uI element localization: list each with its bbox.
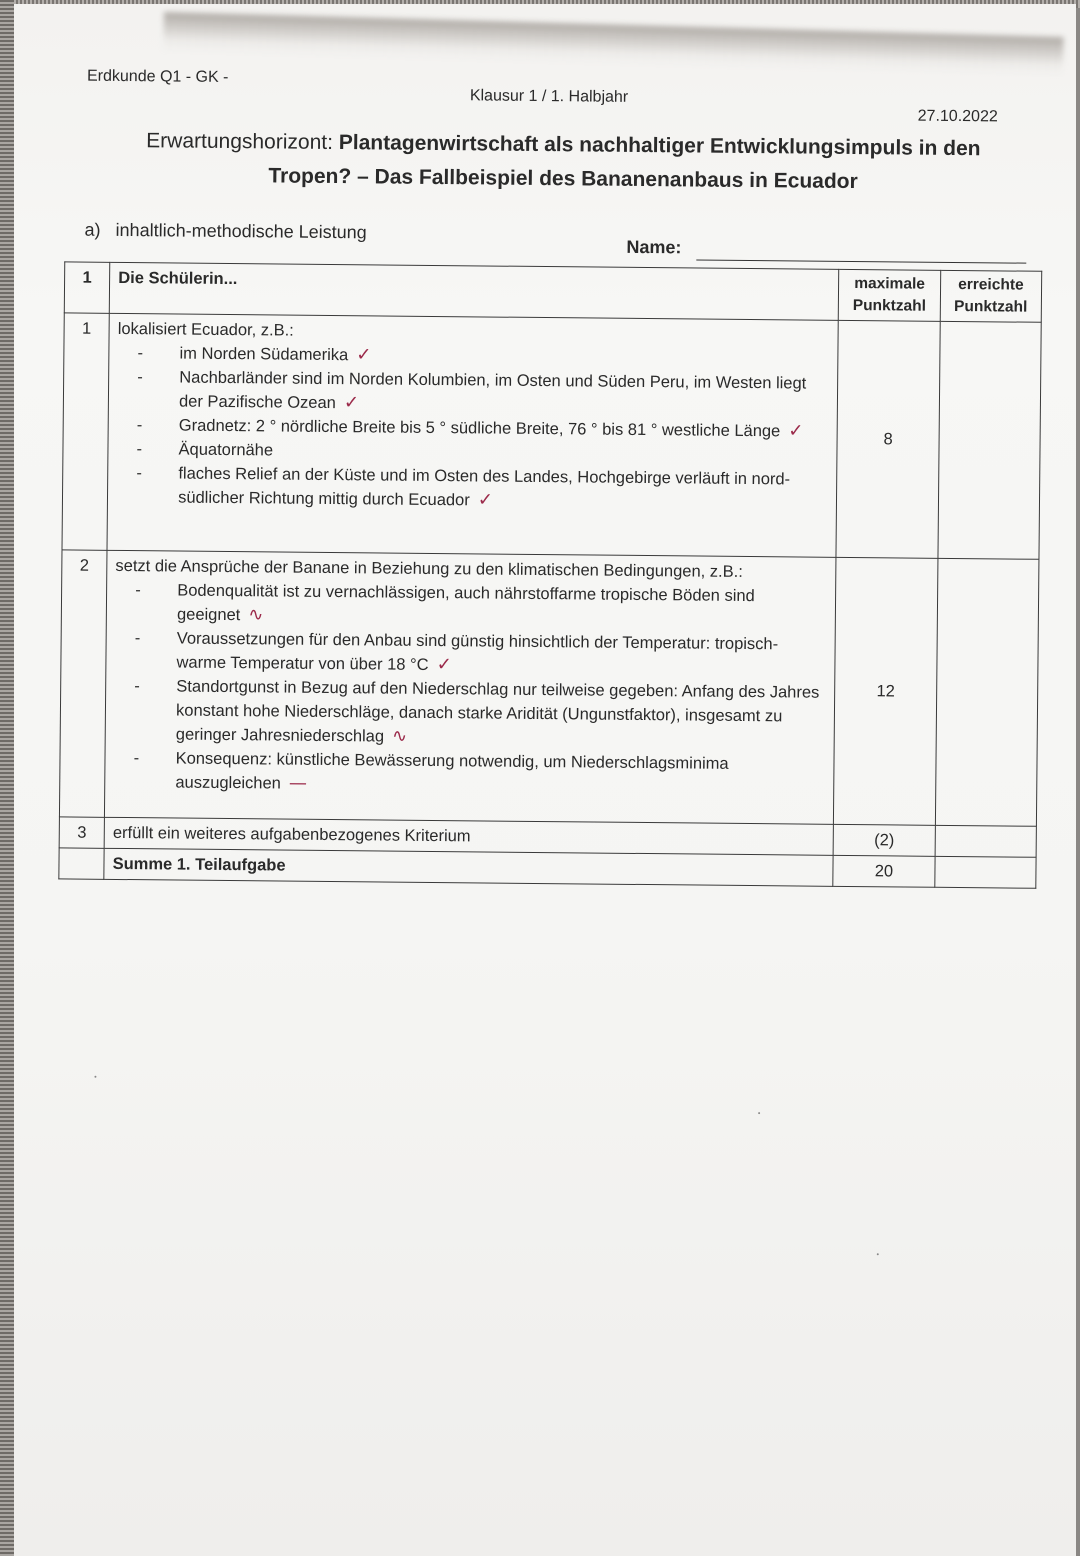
missing-mark-icon: — bbox=[289, 773, 307, 794]
item-text: Nachbarländer sind im Norden Kolumbien, … bbox=[179, 369, 806, 413]
column-achieved-line1: erreichte bbox=[958, 276, 1024, 294]
document-content: Erdkunde Q1 - GK - Klausur 1 / 1. Halbja… bbox=[0, 0, 1080, 1556]
item-text: Gradnetz: 2 ° nördliche Breite bis 5 ° s… bbox=[179, 417, 781, 441]
title-prefix: Erwartungshorizont: bbox=[146, 129, 339, 154]
list-item: Voraussetzungen für den Anbau sind günst… bbox=[156, 626, 827, 680]
list-item: Standortgunst in Bezug auf den Niedersch… bbox=[156, 674, 827, 752]
item-text: im Norden Südamerika bbox=[179, 345, 348, 365]
checkmark-icon: ✓ bbox=[478, 489, 493, 510]
partial-mark-icon: ∿ bbox=[248, 604, 263, 625]
list-item: flaches Relief an der Küste und im Osten… bbox=[158, 461, 829, 515]
column-achieved-line2: Punktzahl bbox=[954, 298, 1027, 316]
column-max-line2: Punktzahl bbox=[853, 297, 926, 315]
checkmark-icon: ✓ bbox=[356, 344, 371, 365]
max-points: 12 bbox=[834, 557, 938, 825]
row-criterion: setzt die Ansprüche der Banane in Bezieh… bbox=[105, 550, 837, 824]
row-number: 2 bbox=[59, 550, 107, 817]
list-item: Nachbarländer sind im Norden Kolumbien, … bbox=[159, 365, 830, 419]
checkmark-icon: ✓ bbox=[344, 392, 359, 413]
row-number: 1 bbox=[62, 313, 109, 550]
criterion-items: Bodenqualität ist zu vernachlässigen, au… bbox=[113, 578, 827, 801]
paper-speck bbox=[94, 1076, 96, 1078]
document-title: Erwartungshorizont: Plantagenwirtschaft … bbox=[113, 124, 1014, 201]
row-number: 3 bbox=[59, 817, 104, 848]
head-text: Die Schülerin... bbox=[109, 262, 839, 320]
column-achieved-points: erreichte Punktzahl bbox=[940, 270, 1042, 322]
criterion-items: im Norden Südamerika✓ Nachbarländer sind… bbox=[116, 341, 830, 516]
partial-mark-icon: ∿ bbox=[392, 726, 407, 747]
item-text: Äquatornähe bbox=[179, 441, 274, 460]
checkmark-icon: ✓ bbox=[788, 420, 803, 441]
column-max-points: maximale Punktzahl bbox=[839, 269, 941, 321]
sum-achieved-points[interactable] bbox=[934, 856, 1036, 888]
name-label: Name: bbox=[626, 237, 681, 259]
course-label: Erdkunde Q1 - GK - bbox=[87, 68, 229, 87]
exam-date: 27.10.2022 bbox=[918, 108, 998, 127]
name-field[interactable] bbox=[696, 259, 1026, 263]
row-criterion: lokalisiert Ecuador, z.B.: im Norden Süd… bbox=[107, 313, 838, 557]
list-item: Bodenqualität ist zu vernachlässigen, au… bbox=[157, 578, 828, 632]
paper-speck bbox=[758, 1112, 760, 1114]
checkmark-icon: ✓ bbox=[437, 654, 452, 675]
achieved-points[interactable] bbox=[935, 825, 1037, 857]
paper-speck bbox=[877, 1253, 879, 1255]
section-heading: a) inhaltlich-methodische Leistung bbox=[84, 220, 366, 244]
head-number: 1 bbox=[64, 262, 110, 313]
sum-max-points: 20 bbox=[833, 855, 935, 887]
section-text: inhaltlich-methodische Leistung bbox=[116, 220, 367, 242]
section-letter: a) bbox=[84, 220, 100, 240]
item-text: Voraussetzungen für den Anbau sind günst… bbox=[176, 630, 778, 674]
title-bold-line2: Tropen? – Das Fallbeispiel des Bananenan… bbox=[268, 164, 858, 193]
achieved-points[interactable] bbox=[935, 558, 1039, 826]
item-text: Bodenqualität ist zu vernachlässigen, au… bbox=[177, 582, 755, 625]
title-bold-line1: Plantagenwirtschaft als nachhaltiger Ent… bbox=[339, 131, 981, 160]
column-max-line1: maximale bbox=[854, 275, 925, 293]
table-row: 1 lokalisiert Ecuador, z.B.: im Norden S… bbox=[62, 313, 1041, 559]
item-text: Konsequenz: künstliche Bewässerung notwe… bbox=[175, 750, 728, 793]
list-item: Konsequenz: künstliche Bewässerung notwe… bbox=[155, 746, 826, 800]
max-points: (2) bbox=[833, 824, 935, 856]
sum-label: Summe 1. Teilaufgabe bbox=[104, 848, 833, 886]
grading-table: 1 Die Schülerin... maximale Punktzahl er… bbox=[58, 261, 1042, 888]
max-points: 8 bbox=[836, 320, 940, 558]
table-row: 2 setzt die Ansprüche der Banane in Bezi… bbox=[59, 550, 1039, 826]
exam-label: Klausur 1 / 1. Halbjahr bbox=[470, 87, 628, 107]
sum-number-empty bbox=[59, 848, 104, 879]
item-text: Standortgunst in Bezug auf den Niedersch… bbox=[176, 678, 820, 746]
achieved-points[interactable] bbox=[938, 321, 1042, 559]
table-header-row: 1 Die Schülerin... maximale Punktzahl er… bbox=[64, 262, 1041, 322]
